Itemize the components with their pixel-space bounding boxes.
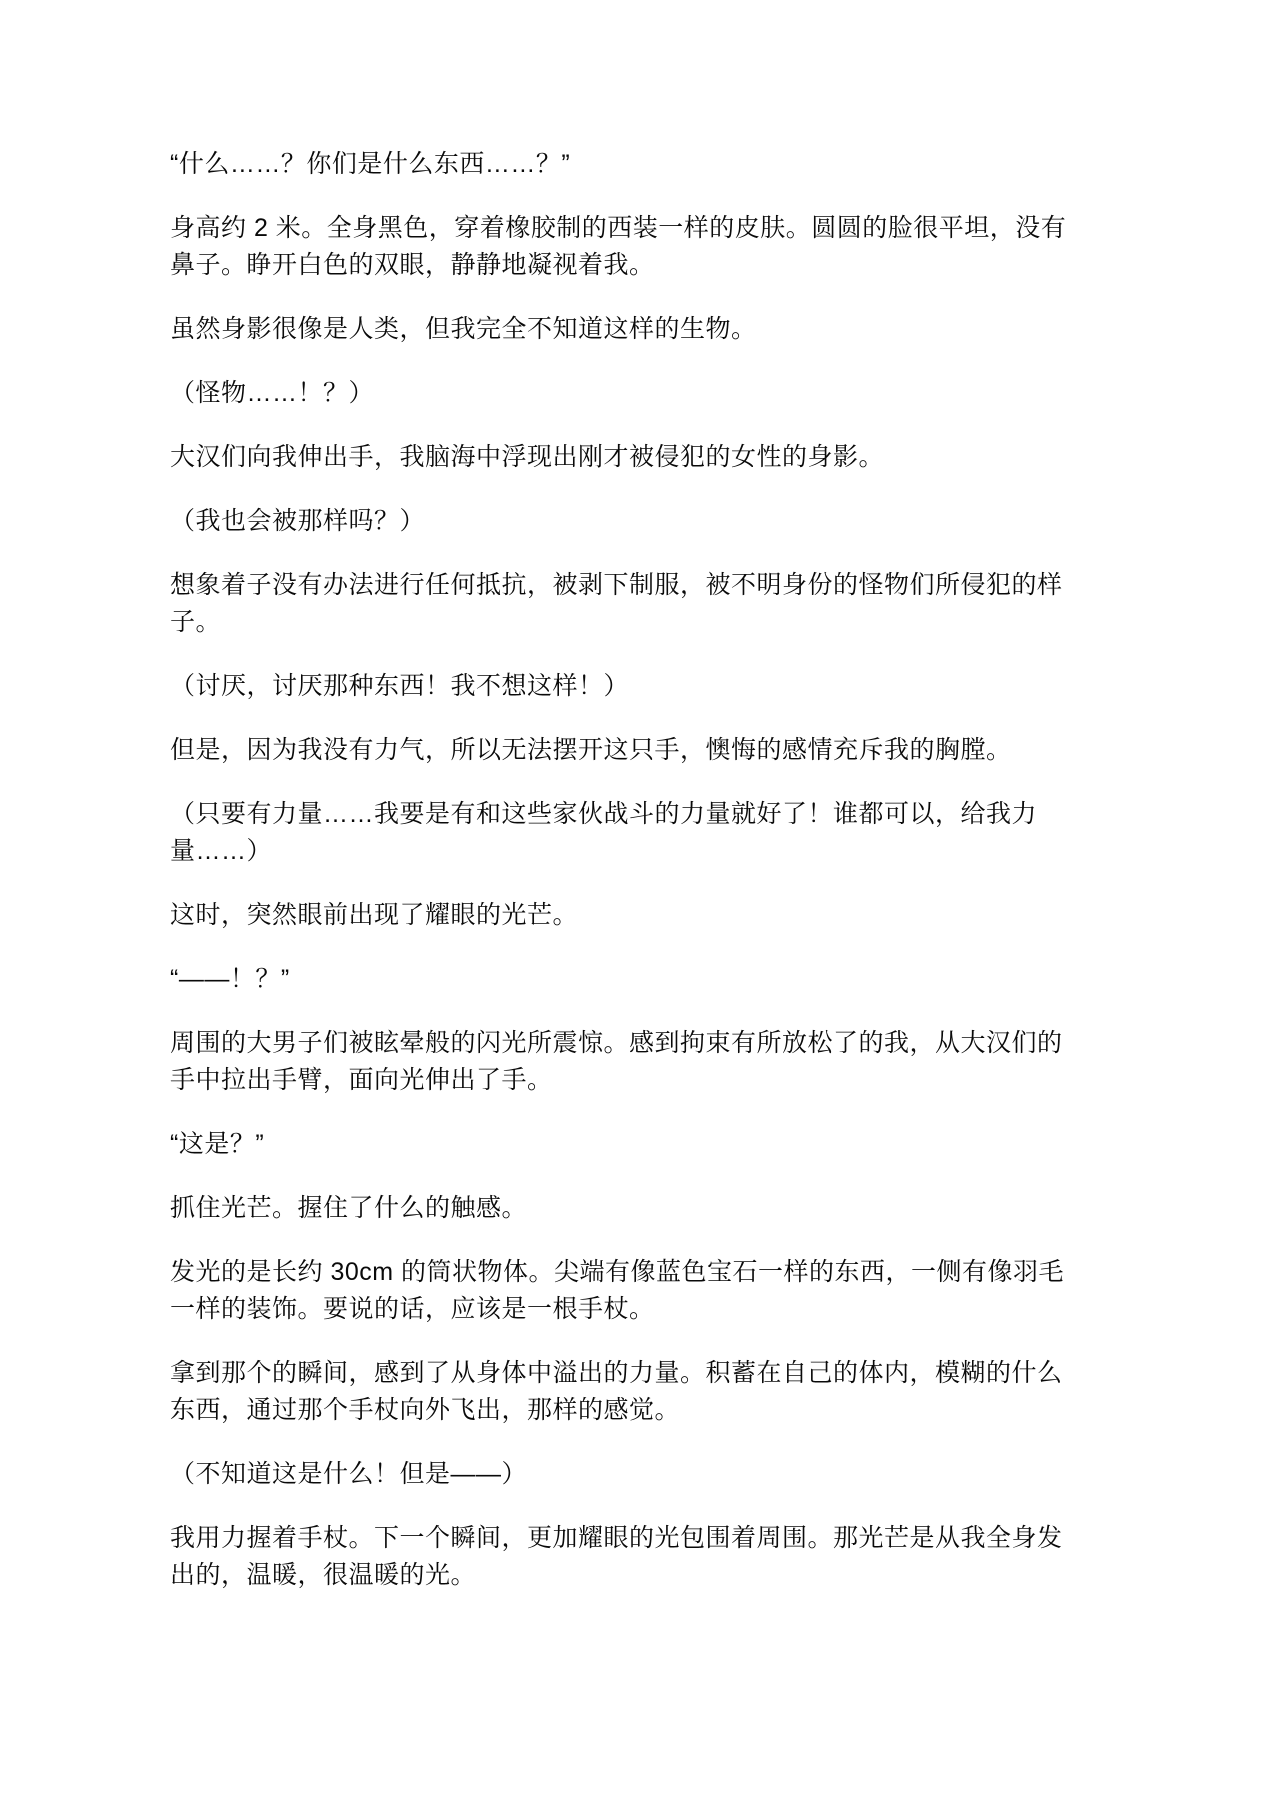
narration-paragraph: 想象着子没有办法进行任何抵抗，被剥下制服，被不明身份的怪物们所侵犯的样 子。 — [170, 567, 1112, 641]
thought-paragraph: （只要有力量……我要是有和这些家伙战斗的力量就好了！谁都可以，给我力 量……） — [170, 796, 1112, 870]
narration-paragraph: 周围的大男子们被眩晕般的闪光所震惊。感到拘束有所放松了的我，从大汉们的 手中拉出… — [170, 1025, 1112, 1099]
narration-paragraph: 但是，因为我没有力气，所以无法摆开这只手，懊悔的感情充斥我的胸膛。 — [170, 732, 1112, 769]
dialogue-paragraph: “——！？” — [170, 961, 1112, 998]
thought-paragraph: （讨厌，讨厌那种东西！我不想这样！） — [170, 668, 1112, 705]
document-page: “什么……？你们是什么东西……？” 身高约 2 米。全身黑色，穿着橡胶制的西装一… — [0, 0, 1280, 1810]
thought-paragraph: （怪物……！？） — [170, 375, 1112, 412]
thought-paragraph: （我也会被那样吗？） — [170, 503, 1112, 540]
narration-paragraph: 虽然身影很像是人类，但我完全不知道这样的生物。 — [170, 311, 1112, 348]
narration-paragraph: 抓住光芒。握住了什么的触感。 — [170, 1190, 1112, 1227]
narration-paragraph: 这时，突然眼前出现了耀眼的光芒。 — [170, 897, 1112, 934]
narration-paragraph: 我用力握着手杖。下一个瞬间，更加耀眼的光包围着周围。那光芒是从我全身发 出的，温… — [170, 1520, 1112, 1594]
dialogue-paragraph: “这是？” — [170, 1126, 1112, 1163]
narration-paragraph: 大汉们向我伸出手，我脑海中浮现出刚才被侵犯的女性的身影。 — [170, 439, 1112, 476]
narration-paragraph: 拿到那个的瞬间，感到了从身体中溢出的力量。积蓄在自己的体内，模糊的什么 东西，通… — [170, 1355, 1112, 1429]
thought-paragraph: （不知道这是什么！但是——） — [170, 1456, 1112, 1493]
dialogue-paragraph: “什么……？你们是什么东西……？” — [170, 146, 1112, 183]
narration-paragraph: 发光的是长约 30cm 的筒状物体。尖端有像蓝色宝石一样的东西，一侧有像羽毛 一… — [170, 1254, 1112, 1328]
narration-paragraph: 身高约 2 米。全身黑色，穿着橡胶制的西装一样的皮肤。圆圆的脸很平坦，没有 鼻子… — [170, 210, 1112, 284]
